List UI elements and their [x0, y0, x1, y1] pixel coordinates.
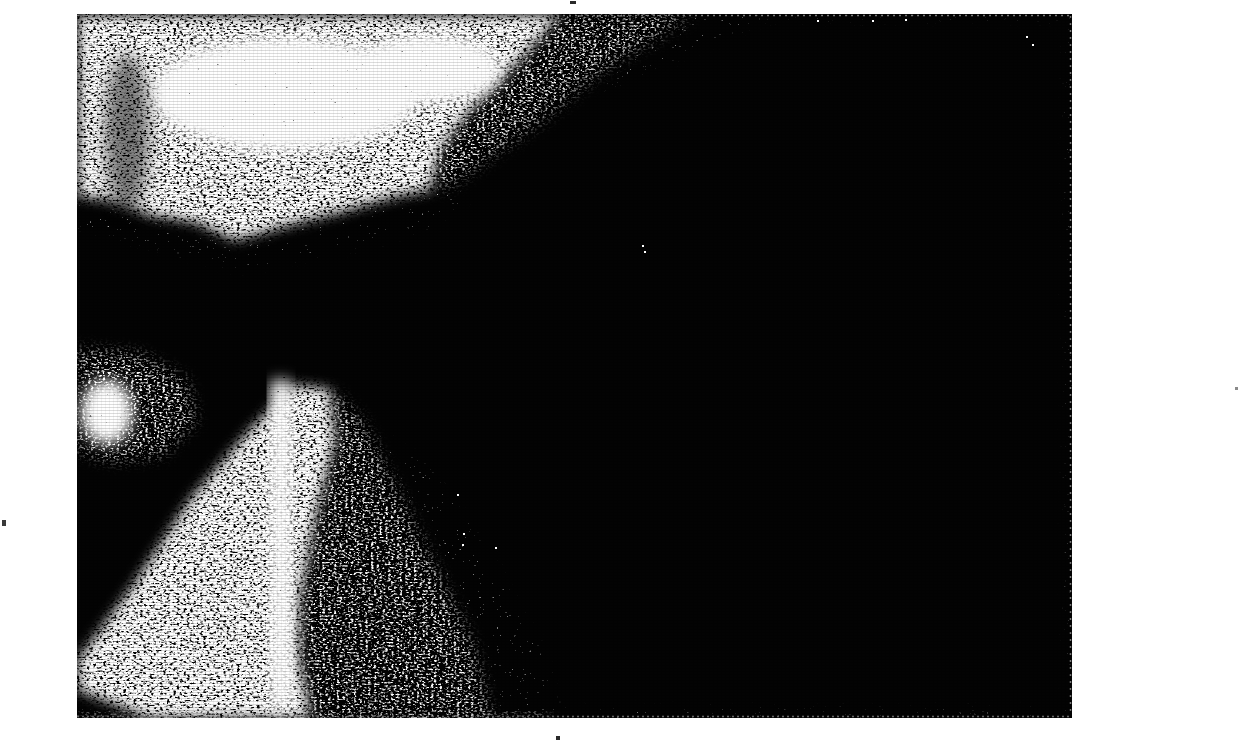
margin-ink-speck	[2, 520, 6, 526]
upper-field-dark-streak	[105, 54, 149, 214]
white-speck	[1026, 36, 1028, 38]
white-speck	[463, 533, 465, 535]
white-speck	[872, 20, 874, 22]
band-bright-rim	[270, 380, 292, 710]
white-speck	[495, 547, 497, 549]
margin-ink-speck	[1235, 387, 1238, 390]
margin-ink-speck	[570, 1, 576, 4]
white-speck	[462, 544, 464, 546]
white-speck	[457, 494, 459, 496]
white-speck	[1032, 44, 1034, 46]
white-speck	[817, 20, 819, 22]
white-speck	[644, 251, 646, 253]
photograph-canvas	[77, 14, 1072, 718]
white-speck	[905, 19, 907, 21]
page-background	[0, 0, 1240, 742]
margin-ink-speck	[556, 736, 560, 740]
halftone-photograph	[77, 14, 1072, 718]
white-speck	[642, 245, 644, 247]
left-mid-patch-highlight	[81, 380, 133, 444]
